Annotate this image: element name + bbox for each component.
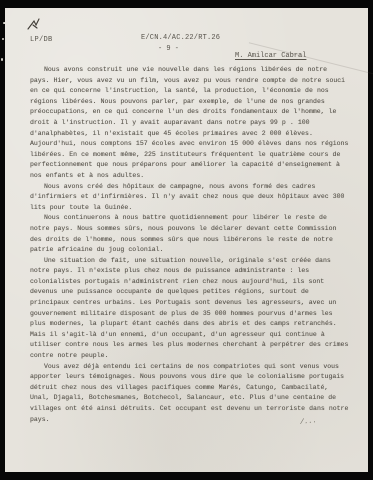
pen-mark-icon xyxy=(25,16,43,34)
body-text: Nous avons construit une vie nouvelle da… xyxy=(30,65,349,425)
paragraph: Vous avez déjà entendu ici certains de n… xyxy=(30,362,349,426)
paragraph: Nous avons créé des hôpitaux de campagne… xyxy=(30,182,349,214)
paragraph: Nous avons construit une vie nouvelle da… xyxy=(30,65,349,182)
paragraph: Une situation de fait, une situation nou… xyxy=(30,256,349,362)
scan-speck xyxy=(2,38,4,40)
scanner-background: LP/DB E/CN.4/AC.22/RT.26 - 9 - M. Amilca… xyxy=(0,0,373,480)
document-symbol: E/CN.4/AC.22/RT.26 xyxy=(141,34,220,42)
page-number: - 9 - xyxy=(158,45,179,53)
speaker-name: M. Amilcar Cabral xyxy=(235,52,306,60)
paragraph: Nous continuerons à nous battre quotidie… xyxy=(30,213,349,255)
scan-speck xyxy=(1,58,3,61)
document-page: LP/DB E/CN.4/AC.22/RT.26 - 9 - M. Amilca… xyxy=(5,8,368,472)
office-code: LP/DB xyxy=(30,36,53,44)
continuation-mark: /... xyxy=(300,417,318,427)
